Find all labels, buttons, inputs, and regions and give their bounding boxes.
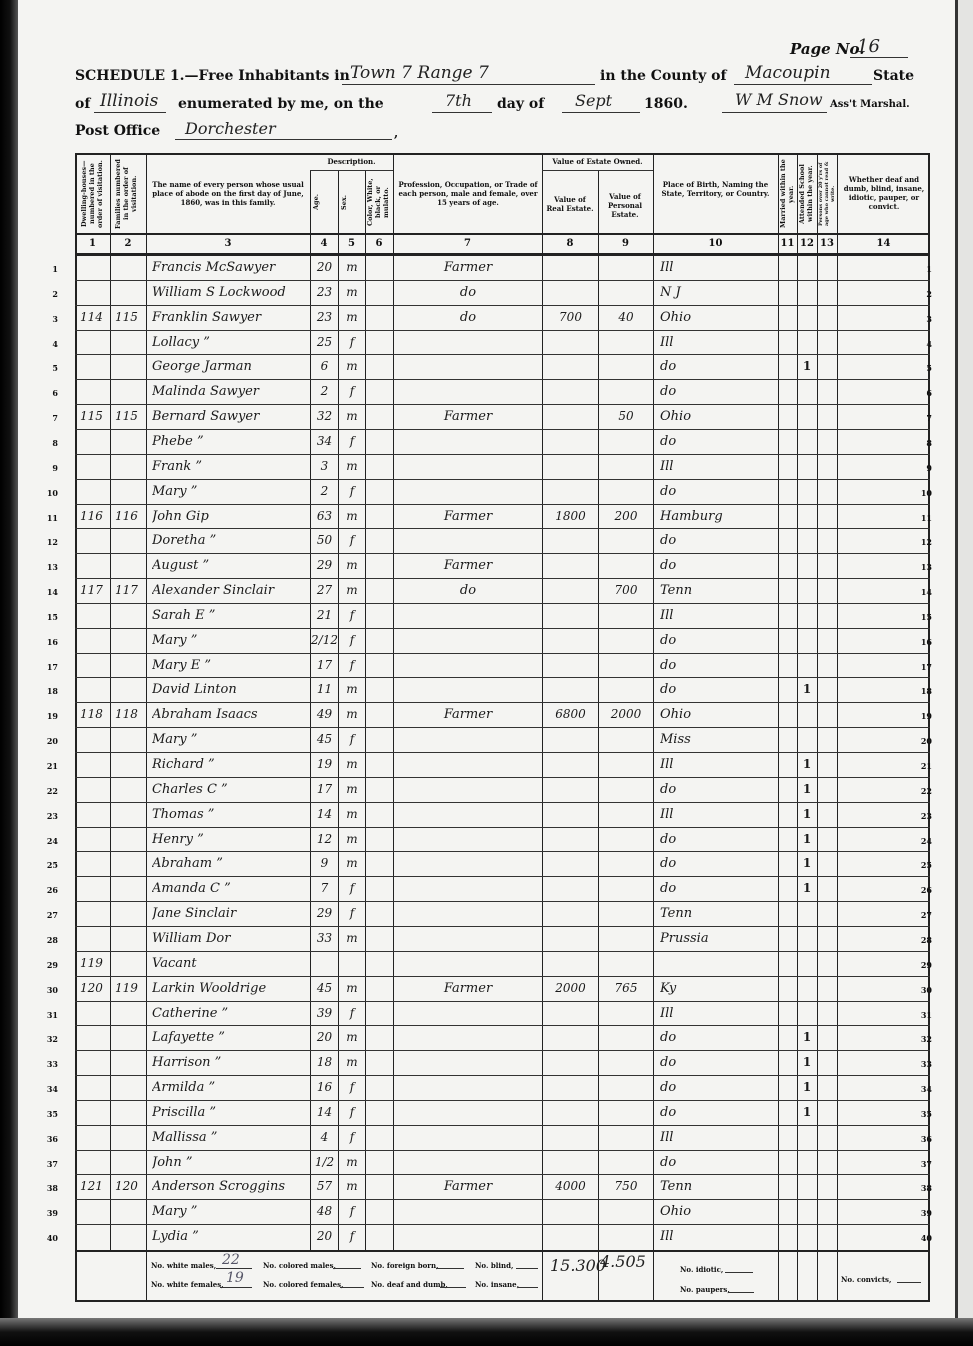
personal-estate-value: 200 bbox=[599, 509, 653, 523]
line-number: 39 bbox=[38, 1208, 58, 1218]
line-number: 10 bbox=[38, 488, 58, 498]
col9-header: Value of Personal Estate. bbox=[600, 192, 650, 219]
family-number: 118 bbox=[115, 707, 145, 721]
line-number-right: 23 bbox=[912, 811, 932, 821]
line-number-right: 30 bbox=[912, 985, 932, 995]
white-males-count: 22 bbox=[222, 1252, 240, 1268]
col-number: 14 bbox=[837, 238, 930, 249]
attended-school: 1 bbox=[797, 782, 817, 796]
person-name: Henry ” bbox=[152, 832, 308, 847]
family-number: 119 bbox=[115, 981, 145, 995]
col4-header: Age. bbox=[312, 175, 336, 230]
attended-school: 1 bbox=[797, 359, 817, 373]
row-divider bbox=[75, 1174, 930, 1175]
line-number-right: 25 bbox=[912, 860, 932, 870]
sex: f bbox=[339, 1204, 365, 1218]
row-divider bbox=[75, 479, 930, 480]
line-number: 19 bbox=[38, 711, 58, 721]
row-divider bbox=[75, 876, 930, 877]
place-of-birth: do bbox=[660, 359, 777, 374]
place-of-birth: do bbox=[660, 1155, 777, 1170]
line-number: 27 bbox=[38, 910, 58, 920]
line-number-right: 36 bbox=[912, 1134, 932, 1144]
attended-school: 1 bbox=[797, 881, 817, 895]
line-number-right: 6 bbox=[912, 388, 932, 398]
age: 12 bbox=[311, 832, 338, 846]
age: 29 bbox=[311, 906, 338, 920]
age: 6 bbox=[311, 359, 338, 373]
person-name: Lollacy ” bbox=[152, 335, 308, 350]
place-of-birth: Ill bbox=[660, 1006, 777, 1021]
sex: m bbox=[339, 359, 365, 373]
page-number-label: Page No. bbox=[790, 40, 865, 58]
line-number-right: 5 bbox=[912, 363, 932, 373]
age: 7 bbox=[311, 881, 338, 895]
line-number-right: 38 bbox=[912, 1183, 932, 1193]
row-divider bbox=[75, 578, 930, 579]
place-of-birth: do bbox=[660, 1030, 777, 1045]
person-name: Larkin Wooldrige bbox=[152, 981, 308, 996]
row-divider bbox=[75, 976, 930, 977]
age: 20 bbox=[311, 260, 338, 274]
family-number: 115 bbox=[115, 310, 145, 324]
occupation: Farmer bbox=[394, 260, 542, 275]
line-number-right: 40 bbox=[912, 1233, 932, 1243]
person-name: Alexander Sinclair bbox=[152, 583, 308, 598]
age: 34 bbox=[311, 434, 338, 448]
col-number: 8 bbox=[542, 238, 598, 249]
sex: m bbox=[339, 260, 365, 274]
sex: f bbox=[339, 1105, 365, 1119]
day-of-label: day of bbox=[497, 96, 544, 112]
sex: m bbox=[339, 459, 365, 473]
estate-group-header: Value of Estate Owned. bbox=[542, 157, 653, 166]
row-divider bbox=[75, 802, 930, 803]
line-number-right: 1 bbox=[912, 264, 932, 274]
line-number: 31 bbox=[38, 1010, 58, 1020]
col-number: 9 bbox=[598, 238, 653, 249]
line-number: 18 bbox=[38, 686, 58, 696]
dwelling-number: 115 bbox=[80, 409, 110, 423]
sex: m bbox=[339, 807, 365, 821]
schedule-title: SCHEDULE 1.—Free Inhabitants in bbox=[75, 68, 350, 84]
row-divider bbox=[75, 1075, 930, 1076]
row-divider bbox=[75, 553, 930, 554]
place-of-birth: Prussia bbox=[660, 931, 777, 946]
person-name: August ” bbox=[152, 558, 308, 573]
age: 1/2 bbox=[311, 1155, 338, 1169]
row-divider bbox=[75, 603, 930, 604]
age: 11 bbox=[311, 682, 338, 696]
white-females-count: 19 bbox=[226, 1270, 244, 1286]
marshal-name: W M Snow bbox=[735, 90, 823, 109]
row-divider bbox=[75, 280, 930, 281]
person-name: Malinda Sawyer bbox=[152, 384, 308, 399]
paupers-label: No. paupers, bbox=[680, 1285, 730, 1294]
age: 20 bbox=[311, 1030, 338, 1044]
sex: m bbox=[339, 707, 365, 721]
sex: m bbox=[339, 583, 365, 597]
dwelling-number: 120 bbox=[80, 981, 110, 995]
line-number: 8 bbox=[38, 438, 58, 448]
line-number: 37 bbox=[38, 1159, 58, 1169]
col-number: 13 bbox=[817, 238, 837, 249]
line-number-right: 39 bbox=[912, 1208, 932, 1218]
sex: f bbox=[339, 658, 365, 672]
line-number-right: 28 bbox=[912, 935, 932, 945]
person-name: Bernard Sawyer bbox=[152, 409, 308, 424]
personal-estate-value: 50 bbox=[599, 409, 653, 423]
place-of-birth: Ohio bbox=[660, 707, 777, 722]
row-divider bbox=[75, 1224, 930, 1225]
line-number: 11 bbox=[38, 513, 58, 523]
family-number: 117 bbox=[115, 583, 145, 597]
row-divider bbox=[75, 926, 930, 927]
age: 63 bbox=[311, 509, 338, 523]
family-number: 116 bbox=[115, 509, 145, 523]
row-divider bbox=[75, 528, 930, 529]
sex: f bbox=[339, 335, 365, 349]
line-number: 30 bbox=[38, 985, 58, 995]
line-number-right: 34 bbox=[912, 1084, 932, 1094]
age: 45 bbox=[311, 732, 338, 746]
sex: m bbox=[339, 757, 365, 771]
line-number-right: 8 bbox=[912, 438, 932, 448]
sex: m bbox=[339, 1179, 365, 1193]
sex: f bbox=[339, 732, 365, 746]
place-of-birth: do bbox=[660, 856, 777, 871]
row-divider bbox=[75, 851, 930, 852]
age: 2/12 bbox=[311, 633, 338, 647]
line-number: 34 bbox=[38, 1084, 58, 1094]
line-number-right: 29 bbox=[912, 960, 932, 970]
place-of-birth: Miss bbox=[660, 732, 777, 747]
line-number: 16 bbox=[38, 637, 58, 647]
enumeration-year: 1860. bbox=[644, 96, 688, 112]
real-estate-total: 15.300 bbox=[550, 1256, 606, 1275]
county: Macoupin bbox=[745, 63, 831, 83]
place-of-birth: Ky bbox=[660, 981, 777, 996]
col-number: 10 bbox=[653, 238, 778, 249]
person-name: Lydia ” bbox=[152, 1229, 308, 1244]
row-divider bbox=[75, 1025, 930, 1026]
personal-estate-value: 765 bbox=[599, 981, 653, 995]
age: 23 bbox=[311, 285, 338, 299]
line-number: 15 bbox=[38, 612, 58, 622]
line-number: 25 bbox=[38, 860, 58, 870]
post-office-label: Post Office bbox=[75, 123, 160, 139]
person-name: Amanda C ” bbox=[152, 881, 308, 896]
occupation: Farmer bbox=[394, 1179, 542, 1194]
person-name: Sarah E ” bbox=[152, 608, 308, 623]
line-number: 33 bbox=[38, 1059, 58, 1069]
personal-estate-total: 4.505 bbox=[600, 1252, 646, 1271]
sex: m bbox=[339, 856, 365, 870]
age: 16 bbox=[311, 1080, 338, 1094]
col-number: 1 bbox=[75, 238, 110, 249]
attended-school: 1 bbox=[797, 807, 817, 821]
real-estate-value: 6800 bbox=[543, 707, 598, 721]
place-of-birth: do bbox=[660, 384, 777, 399]
row-divider bbox=[75, 454, 930, 455]
attended-school: 1 bbox=[797, 1080, 817, 1094]
col2-header: Families numbered in the order of visita… bbox=[114, 158, 142, 230]
township: Town 7 Range 7 bbox=[350, 63, 489, 83]
row-divider bbox=[75, 379, 930, 380]
age: 21 bbox=[311, 608, 338, 622]
person-name: Mary ” bbox=[152, 484, 308, 499]
person-name: Franklin Sawyer bbox=[152, 310, 308, 325]
place-of-birth: Tenn bbox=[660, 906, 777, 921]
person-name: Mary ” bbox=[152, 732, 308, 747]
line-number-right: 21 bbox=[912, 761, 932, 771]
person-name: Jane Sinclair bbox=[152, 906, 308, 921]
line-number: 12 bbox=[38, 537, 58, 547]
col-number: 12 bbox=[797, 238, 817, 249]
person-name: Doretha ” bbox=[152, 533, 308, 548]
person-name: Catherine ” bbox=[152, 1006, 308, 1021]
age: 14 bbox=[311, 807, 338, 821]
sex: m bbox=[339, 981, 365, 995]
line-number-right: 18 bbox=[912, 686, 932, 696]
age: 25 bbox=[311, 335, 338, 349]
person-name: Francis McSawyer bbox=[152, 260, 308, 275]
sex: m bbox=[339, 310, 365, 324]
line-number: 40 bbox=[38, 1233, 58, 1243]
line-number: 21 bbox=[38, 761, 58, 771]
sex: f bbox=[339, 434, 365, 448]
place-of-birth: do bbox=[660, 484, 777, 499]
occupation: Farmer bbox=[394, 558, 542, 573]
sex: m bbox=[339, 1055, 365, 1069]
age: 32 bbox=[311, 409, 338, 423]
occupation: do bbox=[394, 310, 542, 325]
line-number: 20 bbox=[38, 736, 58, 746]
col-number: 7 bbox=[393, 238, 542, 249]
place-of-birth: Ohio bbox=[660, 310, 777, 325]
attended-school: 1 bbox=[797, 1055, 817, 1069]
sex: f bbox=[339, 384, 365, 398]
scan-bottom-edge bbox=[0, 1318, 973, 1346]
age: 48 bbox=[311, 1204, 338, 1218]
col-number: 6 bbox=[365, 238, 393, 249]
person-name: Mary ” bbox=[152, 633, 308, 648]
col10-header: Place of Birth, Naming the State, Territ… bbox=[658, 180, 773, 198]
line-number-right: 19 bbox=[912, 711, 932, 721]
real-estate-value: 700 bbox=[543, 310, 598, 324]
idiotic-label: No. idiotic, bbox=[680, 1265, 723, 1274]
age: 23 bbox=[311, 310, 338, 324]
occupation: Farmer bbox=[394, 707, 542, 722]
row-divider bbox=[75, 677, 930, 678]
line-number-right: 32 bbox=[912, 1034, 932, 1044]
col-number: 4 bbox=[310, 238, 338, 249]
sex: m bbox=[339, 832, 365, 846]
person-name: John Gip bbox=[152, 509, 308, 524]
row-divider bbox=[75, 727, 930, 728]
place-of-birth: Ill bbox=[660, 1229, 777, 1244]
row-divider bbox=[75, 1050, 930, 1051]
line-number: 17 bbox=[38, 662, 58, 672]
place-of-birth: do bbox=[660, 658, 777, 673]
line-number-right: 35 bbox=[912, 1109, 932, 1119]
place-of-birth: do bbox=[660, 832, 777, 847]
line-number: 9 bbox=[38, 463, 58, 473]
line-number-right: 31 bbox=[912, 1010, 932, 1020]
line-number: 26 bbox=[38, 885, 58, 895]
foreign-born-label: No. foreign born, bbox=[371, 1261, 439, 1270]
person-name: Anderson Scroggins bbox=[152, 1179, 308, 1194]
person-name: Priscilla ” bbox=[152, 1105, 308, 1120]
sex: f bbox=[339, 633, 365, 647]
line-number-right: 37 bbox=[912, 1159, 932, 1169]
age: 2 bbox=[311, 484, 338, 498]
person-name: Phebe ” bbox=[152, 434, 308, 449]
person-name: George Jarman bbox=[152, 359, 308, 374]
line-number: 22 bbox=[38, 786, 58, 796]
sex: f bbox=[339, 1006, 365, 1020]
row-divider bbox=[75, 305, 930, 306]
age: 29 bbox=[311, 558, 338, 572]
sex: m bbox=[339, 782, 365, 796]
row-divider bbox=[75, 752, 930, 753]
line-number-right: 27 bbox=[912, 910, 932, 920]
line-number: 4 bbox=[38, 339, 58, 349]
dwelling-number: 121 bbox=[80, 1179, 110, 1193]
sex: m bbox=[339, 409, 365, 423]
person-name: Mallissa ” bbox=[152, 1130, 308, 1145]
col14-header: Whether deaf and dumb, blind, insane, id… bbox=[841, 175, 927, 211]
person-name: Charles C ” bbox=[152, 782, 308, 797]
line-number: 38 bbox=[38, 1183, 58, 1193]
person-name: David Linton bbox=[152, 682, 308, 697]
place-of-birth: do bbox=[660, 633, 777, 648]
age: 19 bbox=[311, 757, 338, 771]
real-estate-value: 2000 bbox=[543, 981, 598, 995]
col1-header: Dwelling-houses—numbered in the order of… bbox=[80, 158, 108, 230]
place-of-birth: do bbox=[660, 533, 777, 548]
col3-header: The name of every person whose usual pla… bbox=[150, 180, 306, 207]
marshal-label: Ass't Marshal. bbox=[830, 99, 910, 110]
col8-header: Value of Real Estate. bbox=[545, 195, 595, 213]
line-number: 32 bbox=[38, 1034, 58, 1044]
line-number-right: 11 bbox=[912, 513, 932, 523]
state-label: State bbox=[873, 68, 914, 84]
row-divider bbox=[75, 429, 930, 430]
line-number-right: 9 bbox=[912, 463, 932, 473]
person-name: Thomas ” bbox=[152, 807, 308, 822]
line-number-right: 17 bbox=[912, 662, 932, 672]
age: 33 bbox=[311, 931, 338, 945]
col-number: 3 bbox=[146, 238, 310, 249]
line-number: 36 bbox=[38, 1134, 58, 1144]
line-number-right: 4 bbox=[912, 339, 932, 349]
col12-header: Attended School within the year. bbox=[798, 157, 816, 231]
col5-header: Sex. bbox=[340, 175, 364, 230]
line-number-right: 26 bbox=[912, 885, 932, 895]
deaf-dumb-label: No. deaf and dumb, bbox=[371, 1280, 448, 1289]
occupation: Farmer bbox=[394, 509, 542, 524]
line-number: 6 bbox=[38, 388, 58, 398]
row-divider bbox=[75, 504, 930, 505]
sex: f bbox=[339, 906, 365, 920]
place-of-birth: Ill bbox=[660, 335, 777, 350]
place-of-birth: Ohio bbox=[660, 409, 777, 424]
place-of-birth: Ill bbox=[660, 260, 777, 275]
line-number-right: 12 bbox=[912, 537, 932, 547]
occupation: do bbox=[394, 285, 542, 300]
colored-males-label: No. colored males, bbox=[263, 1261, 336, 1270]
row-divider bbox=[75, 1100, 930, 1101]
person-name: Frank ” bbox=[152, 459, 308, 474]
age: 45 bbox=[311, 981, 338, 995]
line-number-right: 20 bbox=[912, 736, 932, 746]
col13-header: Persons over 20 y'rs of age who cannot r… bbox=[818, 157, 836, 231]
real-estate-value: 4000 bbox=[543, 1179, 598, 1193]
place-of-birth: Ill bbox=[660, 608, 777, 623]
row-divider bbox=[75, 1125, 930, 1126]
convicts-label: No. convicts, bbox=[841, 1275, 891, 1284]
age: 4 bbox=[311, 1130, 338, 1144]
person-name: Abraham Isaacs bbox=[152, 707, 308, 722]
line-number: 24 bbox=[38, 836, 58, 846]
place-of-birth: do bbox=[660, 782, 777, 797]
person-name: William S Lockwood bbox=[152, 285, 308, 300]
place-of-birth: Ill bbox=[660, 757, 777, 772]
age: 2 bbox=[311, 384, 338, 398]
age: 14 bbox=[311, 1105, 338, 1119]
line-number: 5 bbox=[38, 363, 58, 373]
person-name: Mary ” bbox=[152, 1204, 308, 1219]
age: 20 bbox=[311, 1229, 338, 1243]
dwelling-number: 119 bbox=[80, 956, 110, 970]
line-number: 23 bbox=[38, 811, 58, 821]
place-of-birth: do bbox=[660, 558, 777, 573]
age: 17 bbox=[311, 658, 338, 672]
attended-school: 1 bbox=[797, 1105, 817, 1119]
insane-label: No. insane, bbox=[475, 1280, 519, 1289]
line-number-right: 14 bbox=[912, 587, 932, 597]
row-divider bbox=[75, 354, 930, 355]
scan-right-margin bbox=[958, 0, 973, 1346]
col11-header: Married within the year. bbox=[779, 157, 796, 231]
page-number: 16 bbox=[857, 36, 880, 57]
personal-estate-value: 700 bbox=[599, 583, 653, 597]
age: 39 bbox=[311, 1006, 338, 1020]
row-divider bbox=[75, 827, 930, 828]
person-name: Armilda ” bbox=[152, 1080, 308, 1095]
personal-estate-value: 2000 bbox=[599, 707, 653, 721]
place-of-birth: Tenn bbox=[660, 583, 777, 598]
occupation: Farmer bbox=[394, 409, 542, 424]
line-number-right: 16 bbox=[912, 637, 932, 647]
dwelling-number: 114 bbox=[80, 310, 110, 324]
occupation: Farmer bbox=[394, 981, 542, 996]
sex: m bbox=[339, 558, 365, 572]
age: 50 bbox=[311, 533, 338, 547]
row-divider bbox=[75, 702, 930, 703]
dwelling-number: 118 bbox=[80, 707, 110, 721]
person-name: Abraham ” bbox=[152, 856, 308, 871]
sex: f bbox=[339, 1229, 365, 1243]
sex: m bbox=[339, 1155, 365, 1169]
age: 9 bbox=[311, 856, 338, 870]
row-divider bbox=[75, 1001, 930, 1002]
sex: f bbox=[339, 1130, 365, 1144]
blind-label: No. blind, bbox=[475, 1261, 513, 1270]
line-number-right: 33 bbox=[912, 1059, 932, 1069]
of-label: of bbox=[75, 96, 90, 112]
